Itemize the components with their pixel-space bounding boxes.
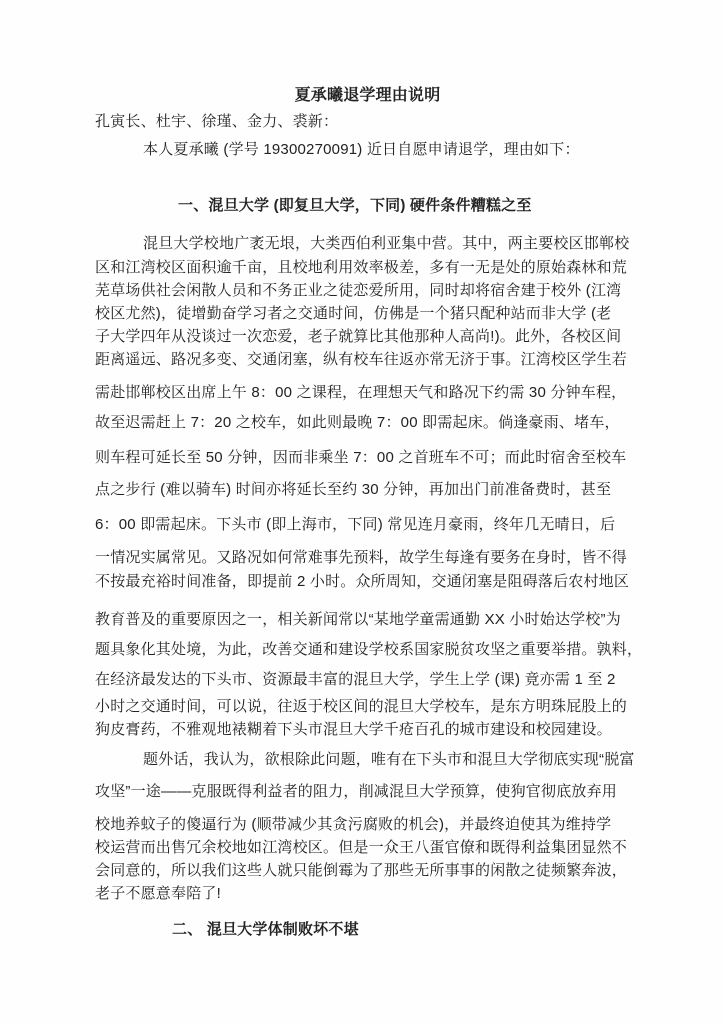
body-line: 子大学四年从没谈过一次恋爱，老子就算比其他那种人高尚!)。此外，各校区间 [95, 327, 640, 350]
body-line: 芜草场供社会闲散人员和不务正业之徒恋爱所用，同时却将宿舍建于校外 (江湾 [95, 281, 640, 304]
body-line: 距离遥远、路况多变、交通闭塞，纵有校车往返亦常无济于事。江湾校区学生若 [95, 350, 640, 383]
body-line: 在经济最发达的下头市、资源最丰富的混旦大学，学生上学 (课) 竟亦需 1 至 2 [95, 670, 640, 697]
body-line: 小时之交通时间，可以说，往返于校区间的混旦大学校车，是东方明珠屁股上的 [95, 697, 640, 720]
intro-line: 本人夏承曦 (学号 19300270091) 近日自愿申请退学，理由如下： [95, 140, 640, 196]
body-line: 点之步行 (难以骑车) 时间亦将延长至约 30 分钟，再加出门前准备费时，甚至 [95, 480, 640, 515]
body-line: 需赴邯郸校区出席上午 8：00 之课程，在理想天气和路况下约需 30 分钟车程， [95, 383, 640, 413]
body-line: 题具象化其处境，为此，改善交通和建设学校系国家脱贫攻坚之重要举措。孰料， [95, 640, 640, 670]
body-line: 校区尤然)，徒增勤奋学习者之交通时间，仿佛是一个猪只配种站而非大学 (老 [95, 304, 640, 327]
body-line: 教育普及的重要原因之一，相关新闻常以“某地学童需通勤 XX 小时始达学校”为 [95, 610, 640, 640]
salutation-line: 孔寅长、杜宇、徐瑾、金力、裘新： [95, 112, 640, 140]
body-line: 题外话，我认为，欲根除此问题，唯有在下头市和混旦大学彻底实现“脱富 [95, 750, 640, 782]
body-line: 校运营而出售冗余校地如江湾校区。但是一众王八蛋官僚和既得利益集团显然不 [95, 838, 640, 861]
body-line: 区和江湾校区面积逾千亩，且校地利用效率极差，多有一无是处的原始森林和荒 [95, 258, 640, 281]
body-line: 则车程可延长至 50 分钟，因而非乘坐 7：00 之首班车不可；而此时宿舍至校车 [95, 448, 640, 480]
body-line: 狗皮膏药，不雅观地裱糊着下头市混旦大学千疮百孔的城市建设和校园建设。 [95, 720, 640, 750]
body-line: 一情况实属常见。又路况如何常难事先预料，故学生每逢有要务在身时，皆不得 [95, 548, 640, 572]
body-line: 混旦大学校地广袤无垠，大类西伯利亚集中营。其中，两主要校区邯郸校 [95, 234, 640, 258]
body-line: 不按最充裕时间准备，即提前 2 小时。众所周知，交通闭塞是阻碍落后农村地区 [95, 572, 640, 610]
body-line: 校地养蚊子的傻逼行为 (顺带减少其贪污腐败的机会)，并最终迫使其为维持学 [95, 815, 640, 838]
body-line: 会同意的，所以我们这些人就只能倒霉为了那些无所事事的闲散之徒频繁奔波， [95, 861, 640, 884]
section-2-heading: 二、 混旦大学体制败坏不堪 [95, 920, 640, 940]
document-page: 夏承曦退学理由说明 孔寅长、杜宇、徐瑾、金力、裘新： 本人夏承曦 (学号 193… [0, 0, 724, 1024]
body-line: 老子不愿意奉陪了! [95, 884, 640, 920]
document-title: 夏承曦退学理由说明 [95, 86, 640, 112]
section-1-heading: 一、混旦大学 (即复旦大学，下同) 硬件条件糟糕之至 [95, 196, 640, 234]
body-line: 6：00 即需起床。下头市 (即上海市，下同) 常见连月豪雨，终年几无晴日，后 [95, 515, 640, 548]
document-body: 夏承曦退学理由说明 孔寅长、杜宇、徐瑾、金力、裘新： 本人夏承曦 (学号 193… [95, 0, 640, 940]
body-line: 攻坚”一途——克服既得利益者的阻力，削减混旦大学预算，使狗官彻底放弃用 [95, 782, 640, 815]
body-line: 故至迟需赶上 7：20 之校车，如此则最晚 7：00 即需起床。倘逢豪雨、堵车， [95, 413, 640, 448]
